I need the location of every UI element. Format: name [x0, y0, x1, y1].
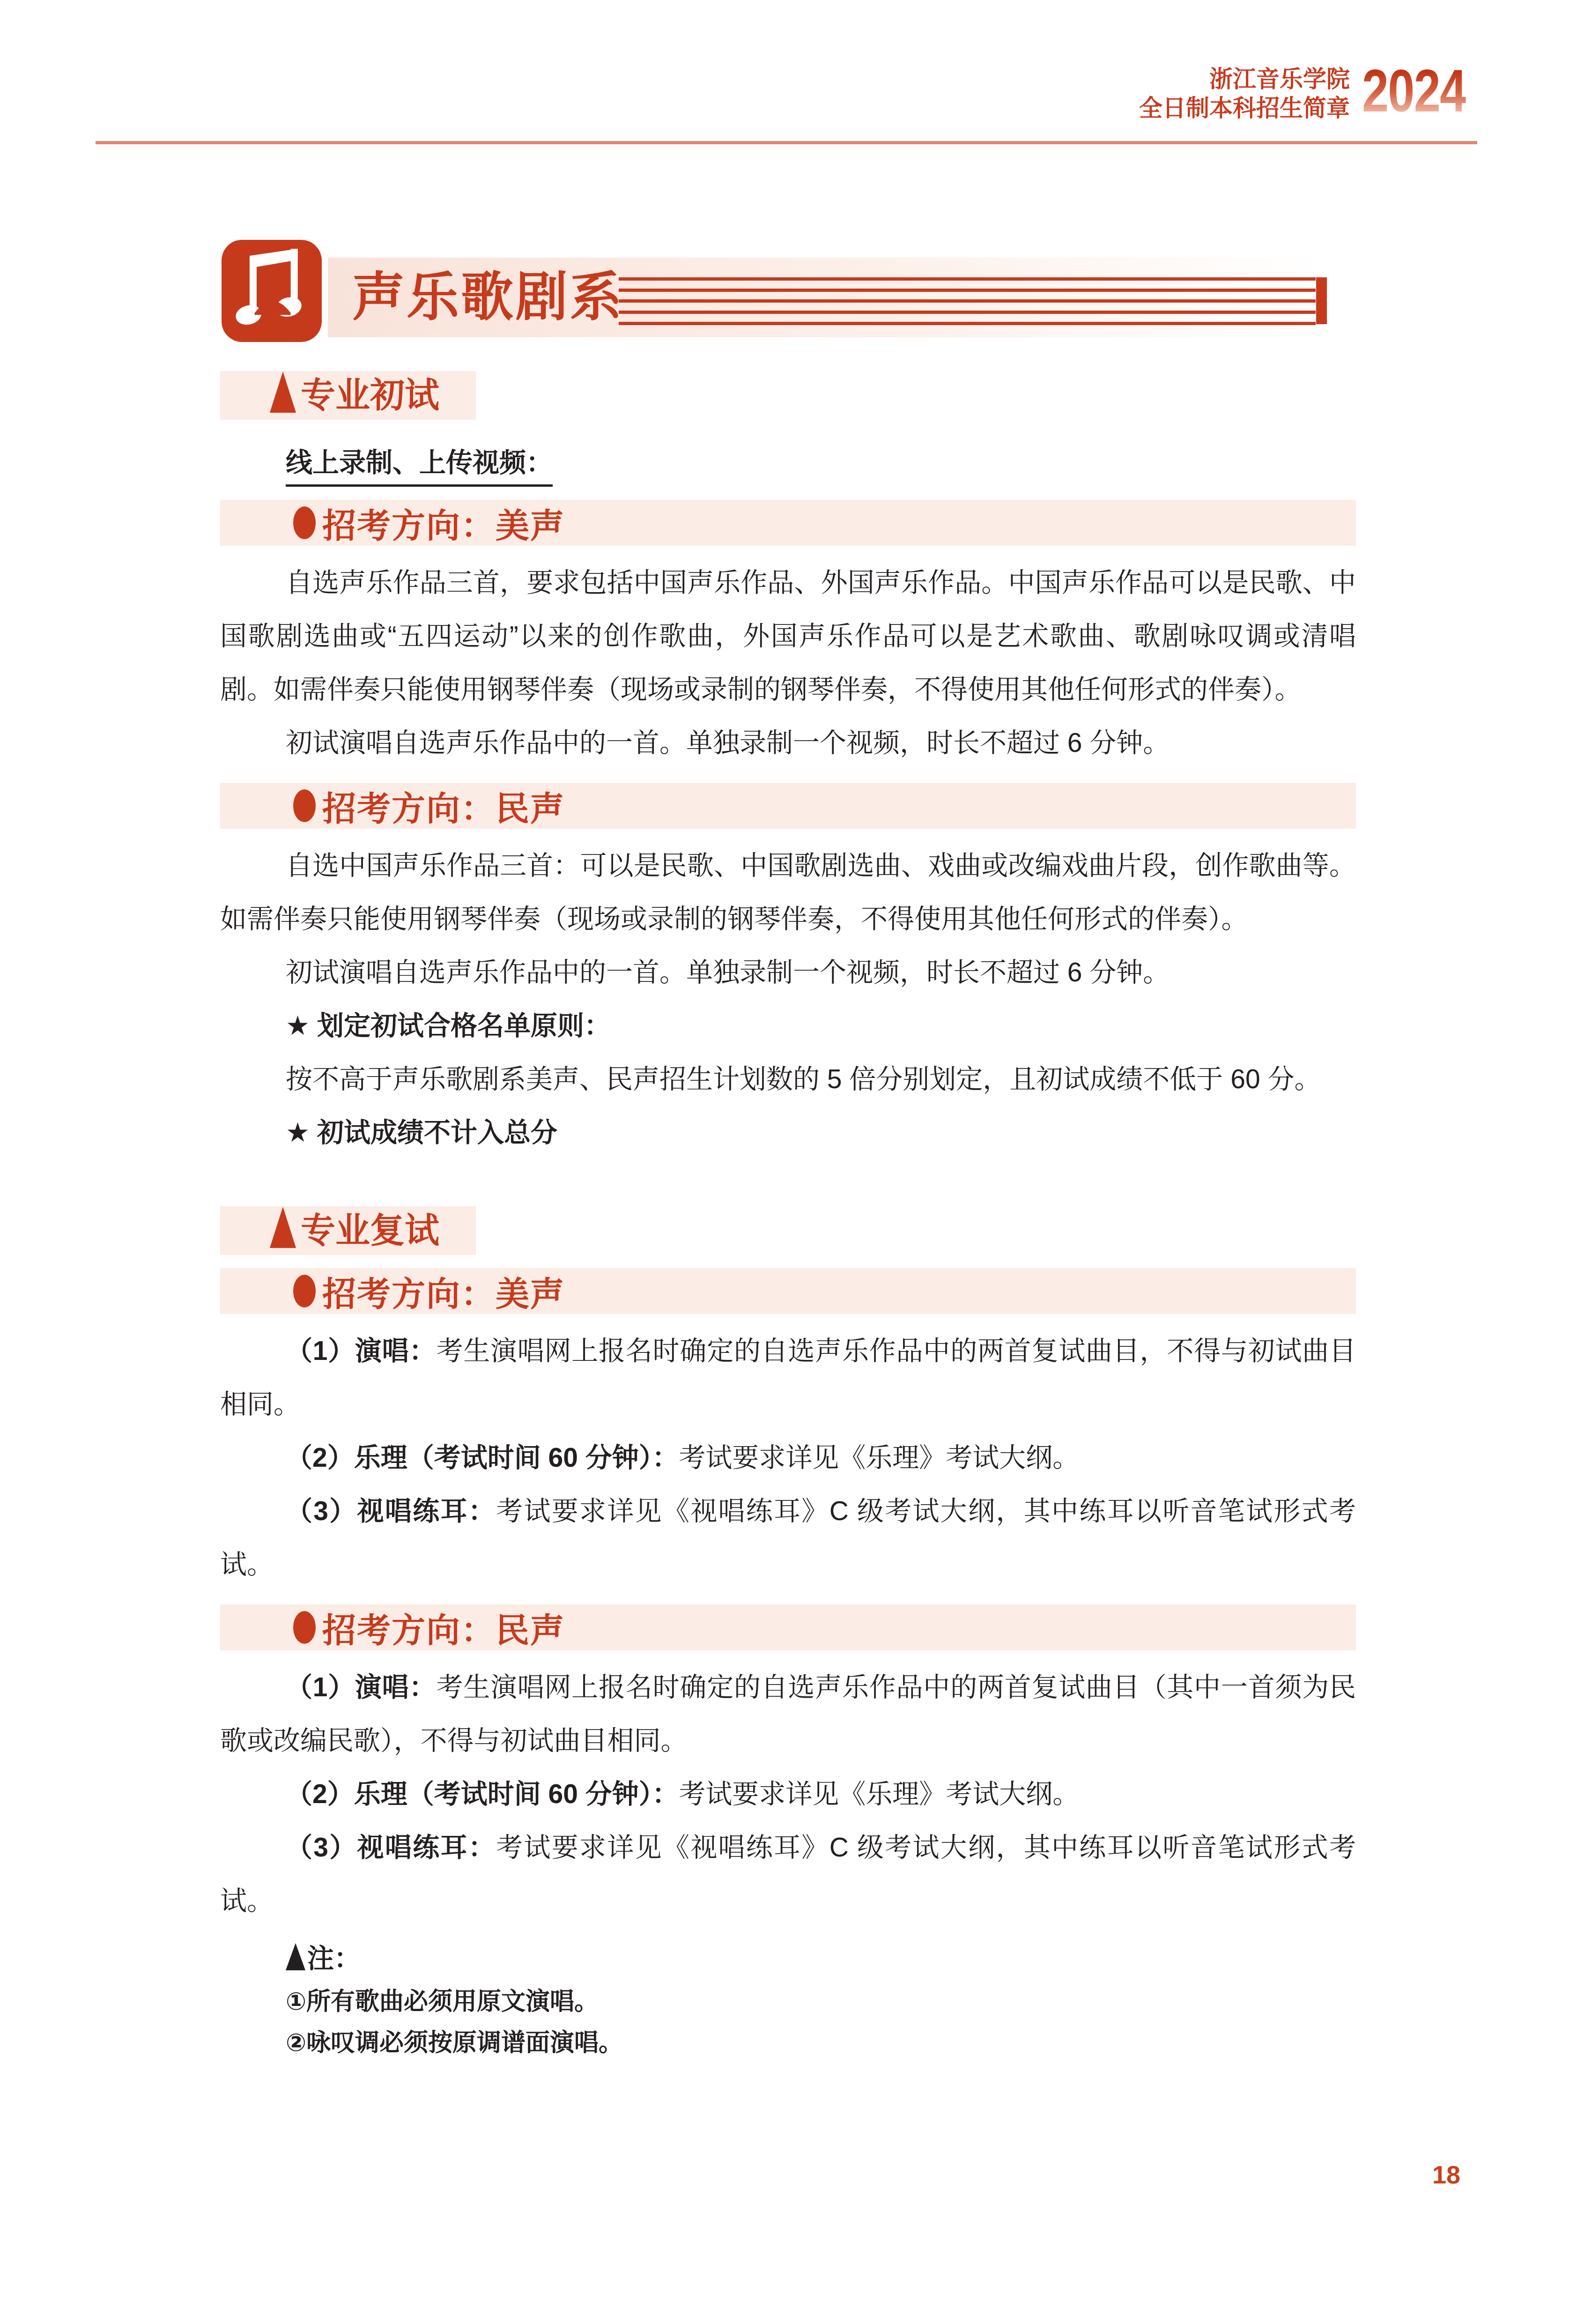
- item-label: （3）视唱练耳：: [286, 1833, 496, 1863]
- header-year-wrap: 2024: [1362, 68, 1477, 119]
- item-label: （3）视唱练耳：: [286, 1496, 496, 1526]
- prelim-folk-paragraph: 自选中国声乐作品三首：可以是民歌、中国歌剧选曲、戏曲或改编戏曲片段，创作歌曲等。…: [220, 839, 1356, 946]
- item-text: 考试要求详见《乐理》考试大纲。: [679, 1443, 1079, 1473]
- star-score-note: ★ 初试成绩不计入总分: [220, 1106, 1356, 1159]
- triangle-bullet-icon: [270, 371, 296, 413]
- circle-bullet-icon: [293, 1275, 316, 1307]
- header-divider-rule: [96, 141, 1477, 144]
- circle-bullet-icon: [293, 506, 316, 539]
- black-triangle-icon: [286, 1943, 305, 1970]
- department-banner: 声乐歌剧系: [328, 258, 1344, 337]
- circle-bullet-icon: [293, 1611, 316, 1644]
- section-heading-preliminary: 专业初试: [220, 371, 476, 420]
- direction-band-resit-folk: 招考方向：民声: [220, 1604, 1356, 1650]
- section-heading-resit: 专业复试: [220, 1206, 476, 1255]
- brochure-page: 浙江音乐学院 全日制本科招生简章 2024 声乐歌剧系 专业初试 线上: [0, 0, 1577, 2324]
- page-number: 18: [1432, 2161, 1460, 2190]
- department-title: 声乐歌剧系: [352, 258, 624, 337]
- header-school-block: 浙江音乐学院 全日制本科招生简章: [1139, 65, 1350, 123]
- direction-band-label: 招考方向：民声: [322, 1603, 565, 1652]
- direction-band-label: 招考方向：美声: [322, 498, 565, 547]
- header-year: 2024: [1362, 68, 1466, 115]
- music-note-singer-icon: [222, 240, 322, 342]
- prelim-belcanto-paragraph: 自选声乐作品三首，要求包括中国声乐作品、外国声乐作品。中国声乐作品可以是民歌、中…: [220, 556, 1356, 716]
- star-shortlist-rule-heading: ★ 划定初试合格名单原则：: [220, 999, 1356, 1053]
- online-recording-note: 线上录制、上传视频：: [286, 441, 553, 487]
- resit-folk-item3: （3）视唱练耳：考试要求详见《视唱练耳》C 级考试大纲，其中练耳以听音笔试形式考…: [220, 1821, 1356, 1928]
- section-heading-preliminary-label: 专业初试: [301, 376, 439, 415]
- item-text: 考试要求详见《乐理》考试大纲。: [679, 1779, 1079, 1809]
- prelim-folk-video-note: 初试演唱自选声乐作品中的一首。单独录制一个视频，时长不超过 6 分钟。: [220, 946, 1356, 999]
- section-heading-resit-label: 专业复试: [301, 1211, 439, 1250]
- item-label: （2）乐理（考试时间 60 分钟）：: [286, 1779, 679, 1809]
- resit-folk-item2: （2）乐理（考试时间 60 分钟）：考试要求详见《乐理》考试大纲。: [220, 1767, 1356, 1821]
- item-label: （1）演唱：: [286, 1336, 436, 1366]
- resit-folk-item1: （1）演唱：考生演唱网上报名时确定的自选声乐作品中的两首复试曲目（其中一首须为民…: [220, 1661, 1356, 1767]
- music-staff-barline: [1316, 277, 1327, 324]
- triangle-bullet-icon: [270, 1207, 296, 1248]
- content-column: 专业初试 线上录制、上传视频： 招考方向：美声 自选声乐作品三首，要求包括中国声…: [220, 371, 1356, 2064]
- star-shortlist-rule-body: 按不高于声乐歌剧系美声、民声招生计划数的 5 倍分别划定，且初试成绩不低于 60…: [220, 1053, 1356, 1106]
- note-item-1: ①所有歌曲必须用原文演唱。: [286, 1981, 1356, 2022]
- direction-band-label: 招考方向：民声: [322, 781, 565, 830]
- direction-band-prelim-folk: 招考方向：民声: [220, 783, 1356, 829]
- direction-band-label: 招考方向：美声: [322, 1267, 565, 1315]
- resit-belcanto-item3: （3）视唱练耳：考试要求详见《视唱练耳》C 级考试大纲，其中练耳以听音笔试形式考…: [220, 1485, 1356, 1591]
- page-header: 浙江音乐学院 全日制本科招生简章 2024: [1139, 65, 1477, 123]
- notes-heading-label: 注：: [307, 1944, 361, 1974]
- notes-heading: 注：: [286, 1936, 1356, 1981]
- item-label: （1）演唱：: [286, 1672, 436, 1702]
- circle-bullet-icon: [293, 789, 316, 822]
- resit-belcanto-item2: （2）乐理（考试时间 60 分钟）：考试要求详见《乐理》考试大纲。: [220, 1431, 1356, 1485]
- prelim-belcanto-video-note: 初试演唱自选声乐作品中的一首。单独录制一个视频，时长不超过 6 分钟。: [220, 716, 1356, 770]
- header-subtitle: 全日制本科招生简章: [1139, 94, 1350, 123]
- direction-band-resit-belcanto: 招考方向：美声: [220, 1268, 1356, 1314]
- direction-band-prelim-belcanto: 招考方向：美声: [220, 500, 1356, 546]
- resit-belcanto-item1: （1）演唱：考生演唱网上报名时确定的自选声乐作品中的两首复试曲目，不得与初试曲目…: [220, 1324, 1356, 1431]
- music-staff-lines: [619, 277, 1316, 325]
- item-label: （2）乐理（考试时间 60 分钟）：: [286, 1443, 679, 1473]
- note-item-2: ②咏叹调必须按原调谱面演唱。: [286, 2022, 1356, 2064]
- header-school-name: 浙江音乐学院: [1139, 65, 1350, 94]
